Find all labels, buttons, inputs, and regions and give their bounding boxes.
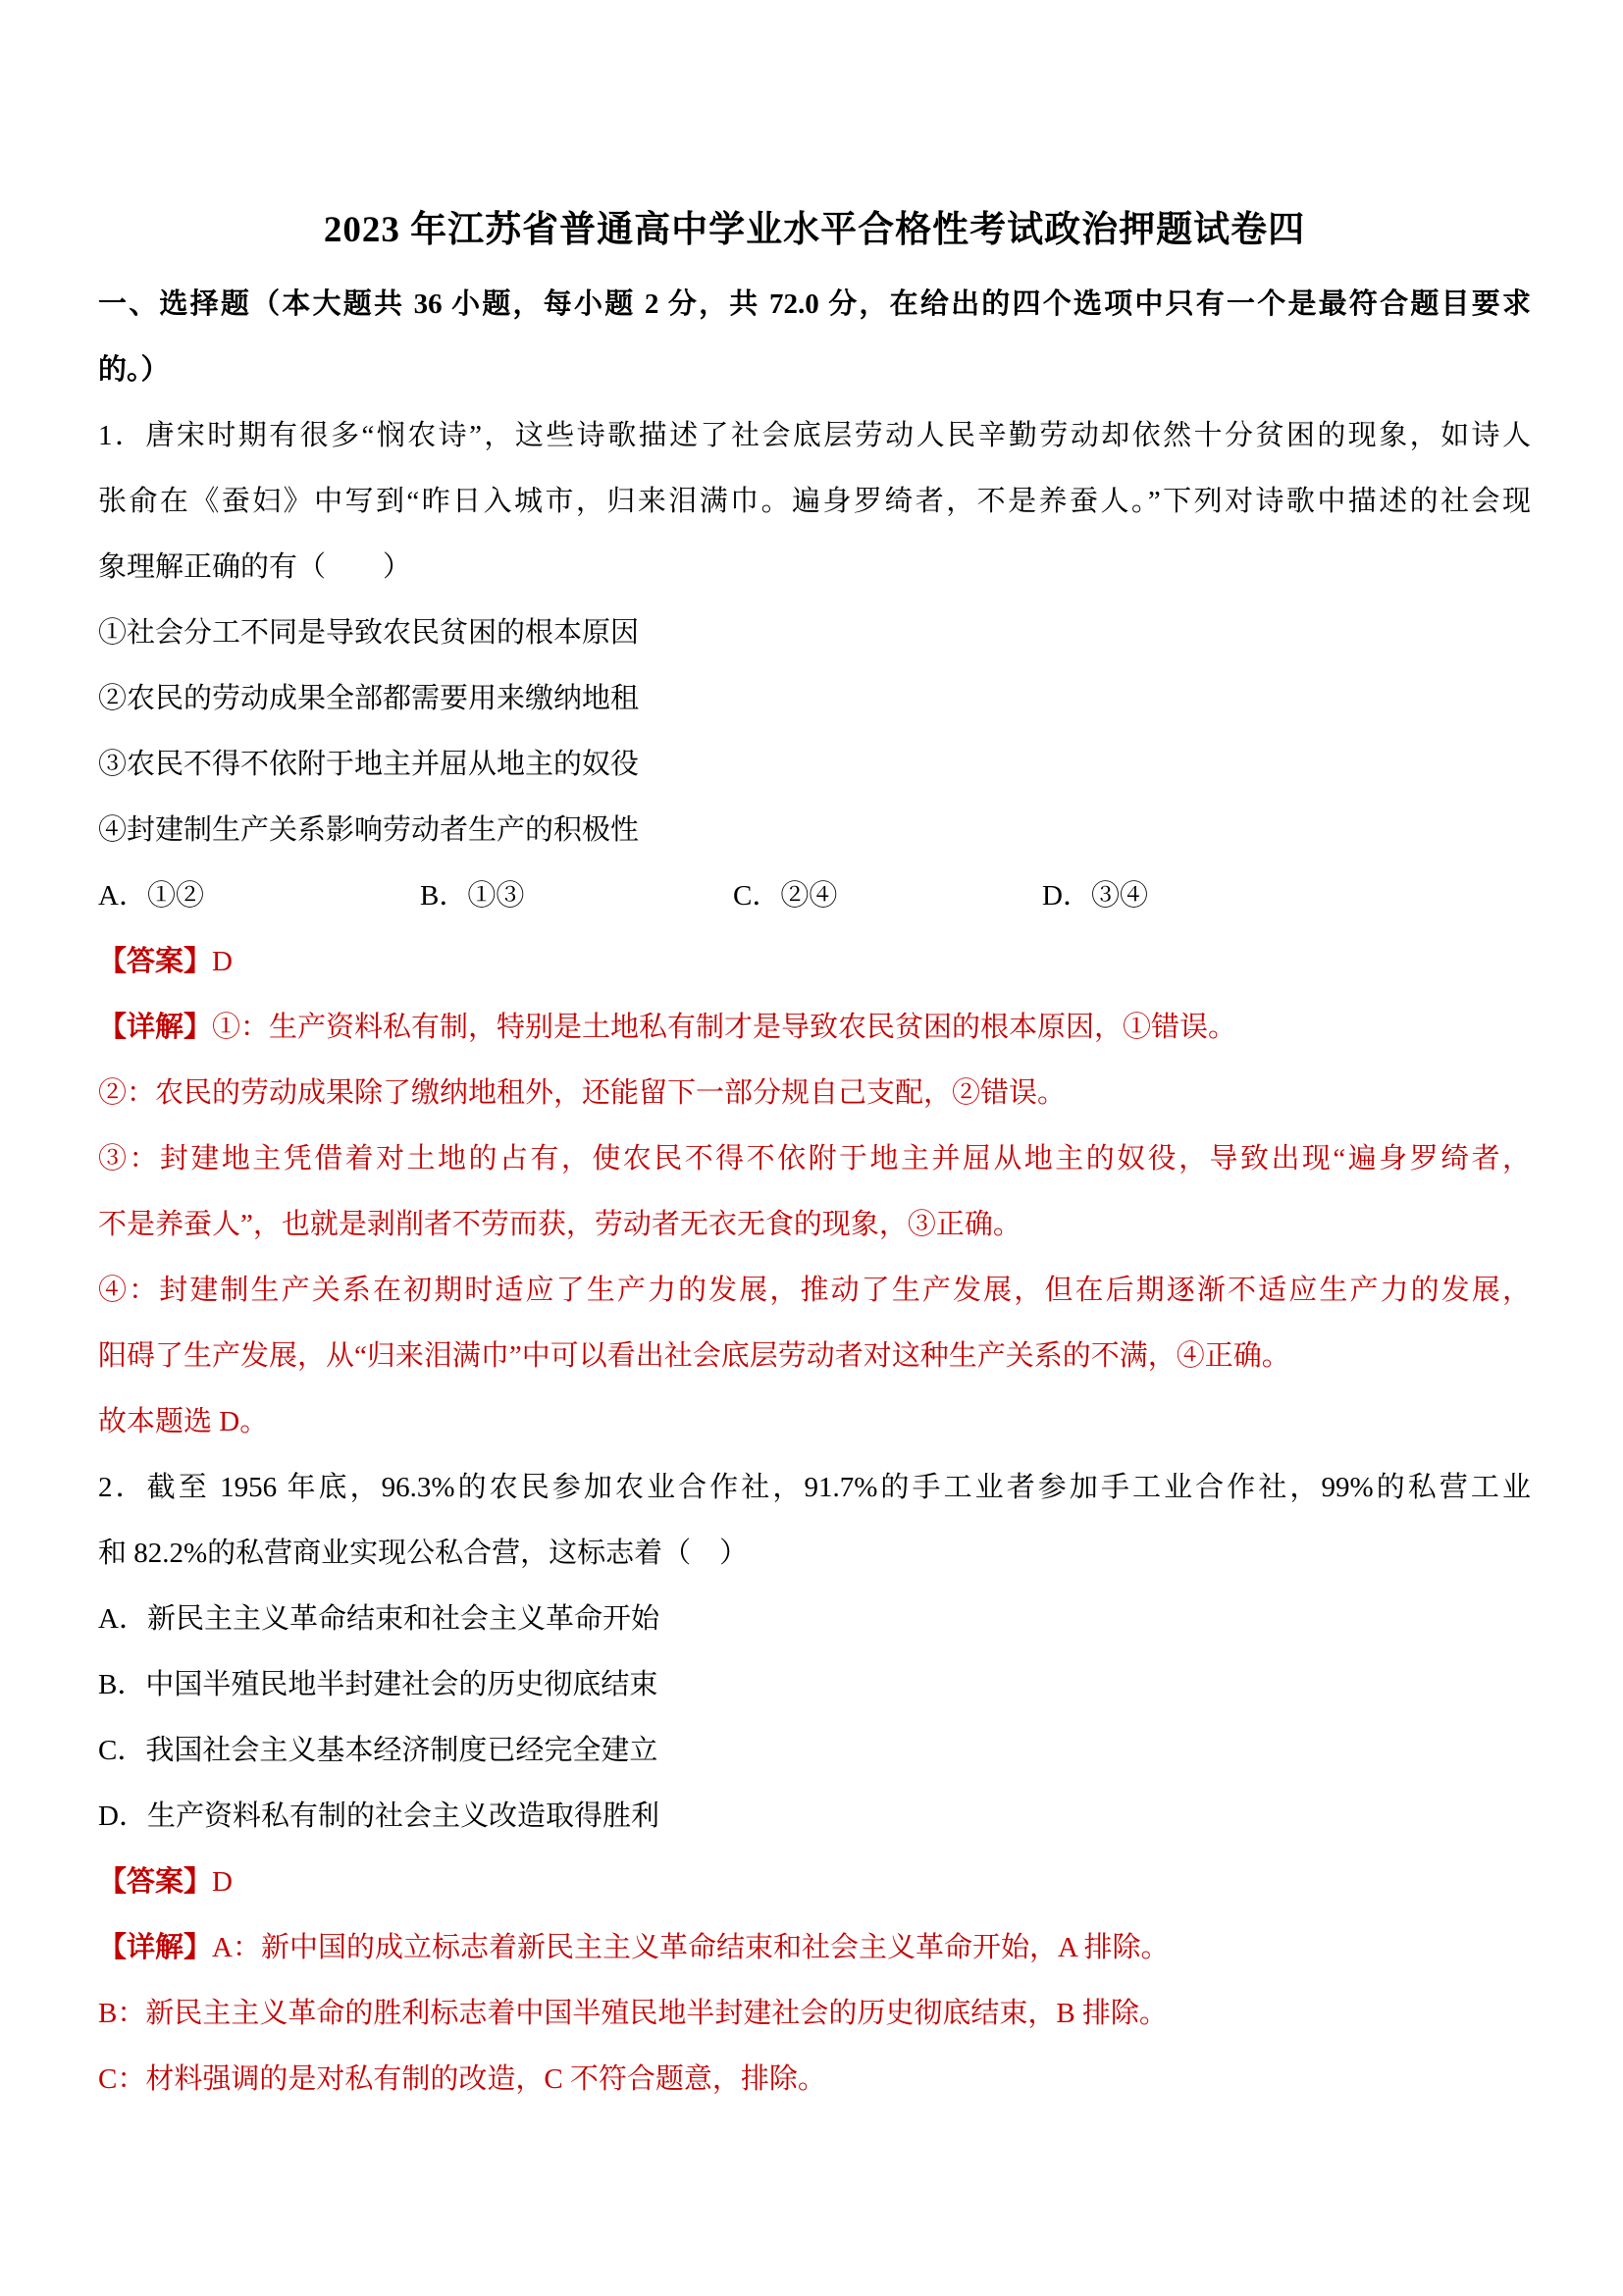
question1-text-line2: 张俞在《蚕妇》中写到“昨日入城市，归来泪满巾。遍身罗绮者，不是养蚕人。”下列对诗… (98, 469, 1531, 535)
section-instructions-line1: 一、选择题（本大题共 36 小题，每小题 2 分，共 72.0 分，在给出的四个… (98, 272, 1531, 338)
exam-paper-page: 2023 年江苏省普通高中学业水平合格性考试政治押题试卷四 一、选择题（本大题共… (0, 0, 1623, 2296)
question1-explanation-line6: 阳碍了生产发展，从“归来泪满巾”中可以看出社会底层劳动者对这种生产关系的不满，④… (98, 1324, 1531, 1389)
question2-option-a: A．新民主主义革命结束和社会主义革命开始 (98, 1587, 1531, 1652)
question1-options-row: A．①②B．①③C．②④D．③④ (98, 863, 1531, 929)
question2-explanation-first: A：新中国的成立标志着新民主主义革命结束和社会主义革命开始，A 排除。 (212, 1932, 1170, 1963)
question2-answer-line: 【答案】D (98, 1850, 1531, 1915)
question1-explanation-line1: 【详解】①：生产资料私有制，特别是土地私有制才是导致农民贫困的根本原因，①错误。 (98, 995, 1531, 1061)
question1-answer-value: D (212, 946, 233, 977)
question1-option-b: B．①③ (420, 863, 733, 929)
question1-item-1: ①社会分工不同是导致农民贫困的根本原因 (98, 600, 1531, 666)
question1-text-line3: 象理解正确的有（ ） (98, 535, 1531, 600)
section-instructions-line2: 的。） (98, 338, 1531, 403)
question1-explanation-line3: ③：封建地主凭借着对土地的占有，使农民不得不依附于地主并屈从地主的奴役，导致出现… (98, 1126, 1531, 1192)
question2-text-line1: 2．截至 1956 年底，96.3%的农民参加农业合作社，91.7%的手工业者参… (98, 1455, 1531, 1521)
question1-option-a: A．①② (98, 863, 420, 929)
explanation-label: 【详解】 (98, 1932, 212, 1963)
answer-label: 【答案】 (98, 1866, 212, 1898)
question2-option-b: B．中国半殖民地半封建社会的历史彻底结束 (98, 1652, 1531, 1718)
question1-option-c: C．②④ (733, 863, 1042, 929)
question1-explanation-first: ①：生产资料私有制，特别是土地私有制才是导致农民贫困的根本原因，①错误。 (212, 1012, 1236, 1043)
question1-option-d: D．③④ (1042, 863, 1148, 929)
question1-conclusion: 故本题选 D。 (98, 1389, 1531, 1455)
question2-answer-value: D (212, 1866, 233, 1898)
question2-explanation-line3: C：材料强调的是对私有制的改造，C 不符合题意，排除。 (98, 2047, 1531, 2113)
question2-explanation-line2: B：新民主主义革命的胜利标志着中国半殖民地半封建社会的历史彻底结束，B 排除。 (98, 1981, 1531, 2047)
exam-title: 2023 年江苏省普通高中学业水平合格性考试政治押题试卷四 (98, 201, 1531, 260)
question1-explanation-line2: ②：农民的劳动成果除了缴纳地租外，还能留下一部分规自己支配，②错误。 (98, 1061, 1531, 1126)
question2-option-c: C．我国社会主义基本经济制度已经完全建立 (98, 1718, 1531, 1784)
question1-item-4: ④封建制生产关系影响劳动者生产的积极性 (98, 798, 1531, 863)
page-content: 2023 年江苏省普通高中学业水平合格性考试政治押题试卷四 一、选择题（本大题共… (0, 0, 1623, 2113)
question2-explanation-line1: 【详解】A：新中国的成立标志着新民主主义革命结束和社会主义革命开始，A 排除。 (98, 1915, 1531, 1981)
question1-explanation-line5: ④：封建制生产关系在初期时适应了生产力的发展，推动了生产发展，但在后期逐渐不适应… (98, 1258, 1531, 1324)
question1-text-line1: 1．唐宋时期有很多“悯农诗”，这些诗歌描述了社会底层劳动人民辛勤劳动却依然十分贫… (98, 403, 1531, 469)
explanation-label: 【详解】 (98, 1012, 212, 1043)
question2-text-line2: 和 82.2%的私营商业实现公私合营，这标志着（ ） (98, 1521, 1531, 1587)
question2-option-d: D．生产资料私有制的社会主义改造取得胜利 (98, 1784, 1531, 1850)
answer-label: 【答案】 (98, 946, 212, 977)
question1-answer-line: 【答案】D (98, 929, 1531, 995)
question1-item-3: ③农民不得不依附于地主并屈从地主的奴役 (98, 732, 1531, 798)
question1-item-2: ②农民的劳动成果全部都需要用来缴纳地租 (98, 666, 1531, 732)
question1-explanation-line4: 不是养蚕人”，也就是剥削者不劳而获，劳动者无衣无食的现象，③正确。 (98, 1192, 1531, 1258)
